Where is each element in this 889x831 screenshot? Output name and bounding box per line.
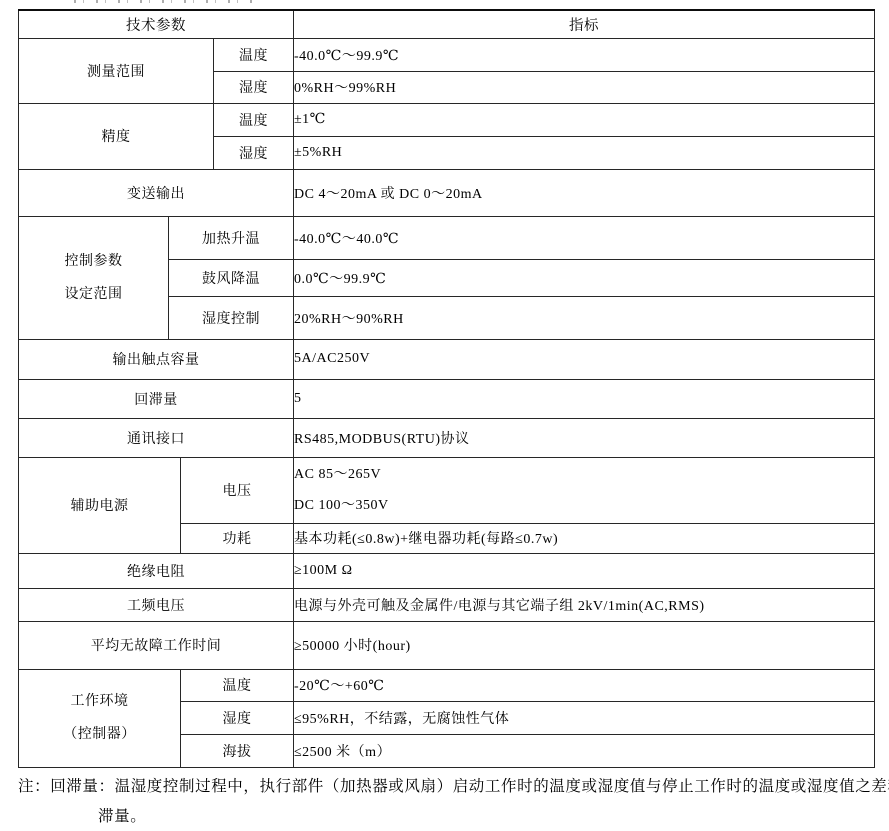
group-label-line: 控制参数 (19, 245, 168, 278)
group-label-line: 工作环境 (19, 685, 180, 718)
table-row: 精度 温度 ±1℃ (19, 103, 875, 136)
value-aux-voltage: AC 85～265V DC 100～350V (294, 457, 875, 523)
footnote-hysteresis-definition: 注：回滞量：温湿度控制过程中，执行部件（加热器或风扇）启动工作时的温度或湿度值与… (18, 772, 889, 831)
group-accuracy: 精度 (19, 103, 214, 169)
label-comm-interface: 通讯接口 (19, 418, 294, 457)
value-comm-interface: RS485,MODBUS(RTU)协议 (294, 418, 875, 457)
table-row: 辅助电源 电压 AC 85～265V DC 100～350V (19, 457, 875, 523)
spec-table: 技术参数 指标 测量范围 温度 -40.0℃～99.9℃ 湿度 0%RH～99%… (18, 9, 875, 768)
value-temp-measure-range: -40.0℃～99.9℃ (294, 38, 875, 71)
header-indicator: 指标 (294, 10, 875, 38)
sub-humidity: 湿度 (214, 71, 294, 103)
value-power-consumption: 基本功耗(≤0.8w)+继电器功耗(每路≤0.7w) (294, 523, 875, 553)
value-humidity-accuracy: ±5%RH (294, 136, 875, 169)
page: { "document": { "header": { "left": "技术参… (0, 0, 889, 831)
sub-humidity: 湿度 (181, 701, 294, 734)
value-insulation-resistance: ≥100M Ω (294, 553, 875, 588)
table-row: 变送输出 DC 4～20mA 或 DC 0～20mA (19, 169, 875, 216)
value-fan-cooling-range: 0.0℃～99.9℃ (294, 259, 875, 296)
sub-humidity-control: 湿度控制 (169, 296, 294, 339)
table-row: 控制参数 设定范围 加热升温 -40.0℃～40.0℃ (19, 216, 875, 259)
table-row: 平均无故障工作时间 ≥50000 小时(hour) (19, 621, 875, 669)
table-row: 回滞量 5 (19, 379, 875, 418)
sub-temperature: 温度 (181, 669, 294, 701)
clipped-heading-remnant (74, 0, 254, 3)
group-control-param-range: 控制参数 设定范围 (19, 216, 169, 339)
table-row: 绝缘电阻 ≥100M Ω (19, 553, 875, 588)
value-temp-accuracy: ±1℃ (294, 103, 875, 136)
group-working-environment: 工作环境 （控制器） (19, 669, 181, 767)
sub-humidity: 湿度 (214, 136, 294, 169)
table-row: 测量范围 温度 -40.0℃～99.9℃ (19, 38, 875, 71)
label-mtbf: 平均无故障工作时间 (19, 621, 294, 669)
value-output-contact-capacity: 5A/AC250V (294, 339, 875, 379)
label-power-freq-voltage: 工频电压 (19, 588, 294, 621)
value-hysteresis: 5 (294, 379, 875, 418)
table-row: 工频电压 电源与外壳可触及金属件/电源与其它端子组 2kV/1min(AC,RM… (19, 588, 875, 621)
sub-power-consumption: 功耗 (181, 523, 294, 553)
sub-altitude: 海拔 (181, 734, 294, 767)
group-label-line: （控制器） (19, 718, 180, 751)
sub-heating: 加热升温 (169, 216, 294, 259)
value-line-dc: DC 100～350V (294, 490, 874, 521)
table-row: 工作环境 （控制器） 温度 -20℃～+60℃ (19, 669, 875, 701)
spec-table-container: 技术参数 指标 测量范围 温度 -40.0℃～99.9℃ 湿度 0%RH～99%… (18, 9, 875, 768)
value-heating-range: -40.0℃～40.0℃ (294, 216, 875, 259)
label-insulation-resistance: 绝缘电阻 (19, 553, 294, 588)
value-line-ac: AC 85～265V (294, 459, 874, 490)
group-label-line: 设定范围 (19, 278, 168, 311)
value-humidity-measure-range: 0%RH～99%RH (294, 71, 875, 103)
label-output-contact-capacity: 输出触点容量 (19, 339, 294, 379)
value-transmit-output: DC 4～20mA 或 DC 0～20mA (294, 169, 875, 216)
table-row: 输出触点容量 5A/AC250V (19, 339, 875, 379)
label-transmit-output: 变送输出 (19, 169, 294, 216)
value-mtbf: ≥50000 小时(hour) (294, 621, 875, 669)
value-humidity-control-range: 20%RH～90%RH (294, 296, 875, 339)
header-row: 技术参数 指标 (19, 10, 875, 38)
value-env-humidity: ≤95%RH，不结露，无腐蚀性气体 (294, 701, 875, 734)
sub-voltage: 电压 (181, 457, 294, 523)
value-power-freq-voltage: 电源与外壳可触及金属件/电源与其它端子组 2kV/1min(AC,RMS) (294, 588, 875, 621)
group-aux-power: 辅助电源 (19, 457, 181, 553)
sub-temperature: 温度 (214, 103, 294, 136)
sub-fan-cooling: 鼓风降温 (169, 259, 294, 296)
group-measure-range: 测量范围 (19, 38, 214, 103)
value-env-temperature: -20℃～+60℃ (294, 669, 875, 701)
value-env-altitude: ≤2500 米（m） (294, 734, 875, 767)
header-tech-params: 技术参数 (19, 10, 294, 38)
sub-temperature: 温度 (214, 38, 294, 71)
table-row: 通讯接口 RS485,MODBUS(RTU)协议 (19, 418, 875, 457)
label-hysteresis: 回滞量 (19, 379, 294, 418)
